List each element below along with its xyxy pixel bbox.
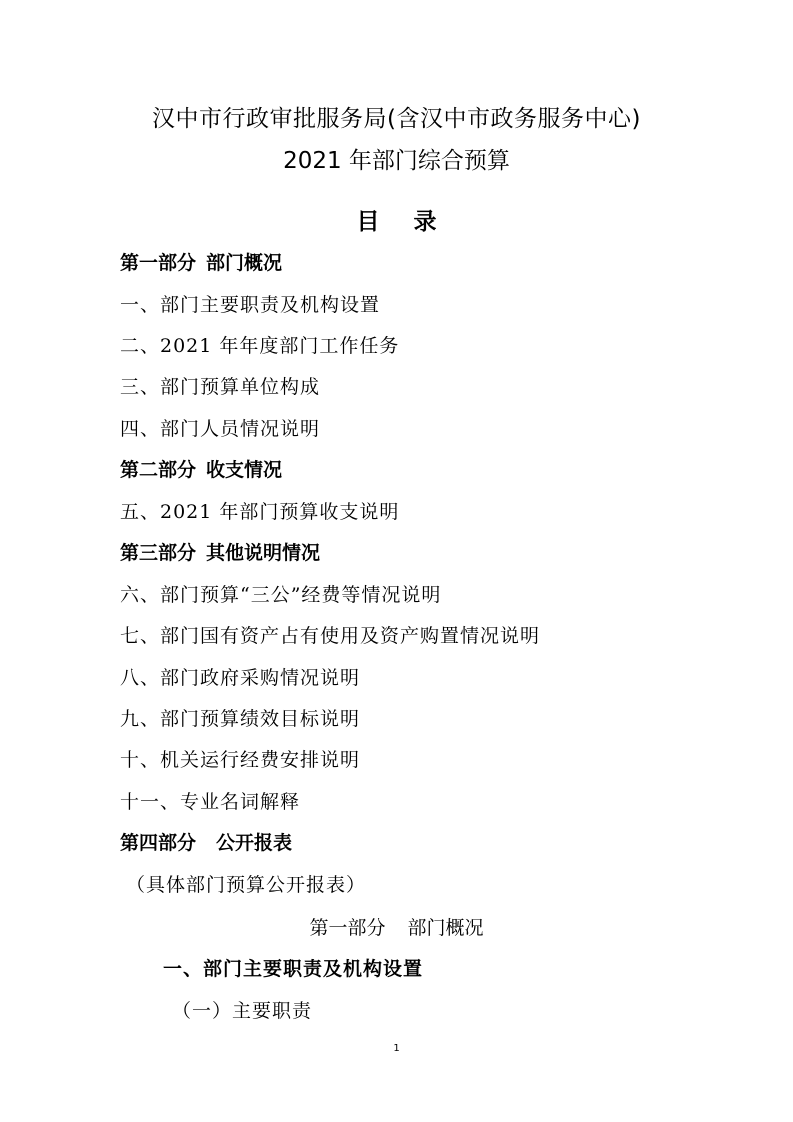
toc-part-4-note: （具体部门预算公开报表） (126, 872, 366, 898)
toc-item[interactable]: 二、2021 年年度部门工作任务 (120, 333, 399, 359)
section-heading-name: 部门概况 (408, 917, 484, 939)
subsection-heading: 一、部门主要职责及机构设置 (163, 956, 423, 982)
toc-item[interactable]: 十一、专业名词解释 (120, 789, 300, 815)
toc-title-char-1: 目 (357, 209, 380, 235)
toc-item[interactable]: 九、部门预算绩效目标说明 (120, 706, 360, 732)
toc-part-number: 第一部分 (120, 252, 196, 274)
toc-item[interactable]: 一、部门主要职责及机构设置 (120, 292, 380, 318)
toc-item[interactable]: 四、部门人员情况说明 (120, 416, 320, 442)
toc-part-number: 第二部分 (120, 459, 196, 481)
document-page: 汉中市行政审批服务局(含汉中市政务服务中心) 2021 年部门综合预算 目录 第… (0, 0, 793, 1122)
toc-item[interactable]: 六、部门预算“三公”经费等情况说明 (120, 582, 441, 608)
document-title-line-2: 2021 年部门综合预算 (0, 146, 793, 176)
toc-item[interactable]: 五、2021 年部门预算收支说明 (120, 499, 399, 525)
toc-part-3[interactable]: 第三部分其他说明情况 (120, 540, 320, 566)
toc-part-name: 收支情况 (206, 459, 282, 481)
toc-title: 目录 (0, 207, 793, 237)
toc-part-name: 公开报表 (216, 832, 292, 854)
toc-part-1[interactable]: 第一部分部门概况 (120, 250, 282, 276)
toc-item[interactable]: 八、部门政府采购情况说明 (120, 665, 360, 691)
subsubsection-heading: （一）主要职责 (172, 998, 312, 1024)
toc-part-number: 第四部分 (120, 832, 196, 854)
toc-part-name: 部门概况 (206, 252, 282, 274)
toc-part-name: 其他说明情况 (206, 542, 320, 564)
toc-title-char-2: 录 (414, 209, 437, 235)
section-heading: 第一部分部门概况 (0, 915, 793, 941)
toc-part-4[interactable]: 第四部分公开报表 (120, 830, 292, 856)
toc-item[interactable]: 七、部门国有资产占有使用及资产购置情况说明 (120, 623, 540, 649)
page-number: 1 (0, 1042, 793, 1056)
document-title-line-1: 汉中市行政审批服务局(含汉中市政务服务中心) (0, 104, 793, 134)
toc-item[interactable]: 十、机关运行经费安排说明 (120, 747, 360, 773)
section-heading-number: 第一部分 (309, 917, 385, 939)
toc-part-2[interactable]: 第二部分收支情况 (120, 457, 282, 483)
toc-item[interactable]: 三、部门预算单位构成 (120, 374, 320, 400)
toc-part-number: 第三部分 (120, 542, 196, 564)
